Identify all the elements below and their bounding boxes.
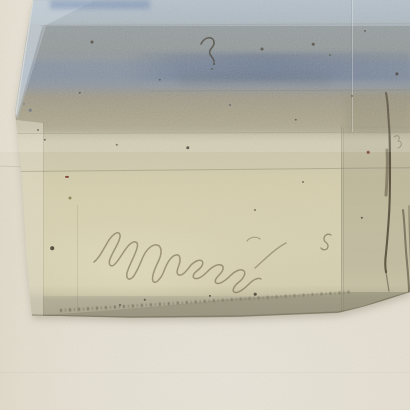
paint-speck: [23, 103, 25, 105]
paint-speck: [367, 151, 370, 154]
paint-speck: [69, 197, 72, 200]
paint-speck: [119, 304, 121, 306]
paint-speck: [116, 144, 118, 146]
paint-specks: [0, 0, 410, 410]
paint-speck: [29, 109, 32, 112]
paint-speck: [91, 41, 94, 44]
paint-speck: [159, 79, 161, 81]
paint-speck: [329, 54, 331, 56]
paint-speck: [351, 95, 353, 97]
paint-speck: [312, 43, 315, 46]
paint-speck: [395, 72, 398, 75]
paint-speck: [44, 139, 46, 141]
paint-speck: [254, 209, 256, 211]
paint-speck: [186, 146, 189, 149]
sheet-surface: [0, 0, 410, 410]
paint-speck: [261, 48, 264, 51]
paint-speck: [361, 217, 363, 219]
paint-speck: [144, 299, 146, 301]
paint-speck: [295, 119, 297, 121]
paint-speck: [209, 295, 211, 297]
paint-speck: [37, 129, 39, 131]
paint-speck: [65, 176, 69, 178]
paint-speck: [254, 293, 257, 296]
paint-speck: [50, 246, 54, 250]
paint-speck: [364, 30, 366, 32]
artwork-sheet: [0, 0, 410, 410]
paint-speck: [302, 181, 304, 183]
artwork-photo: [0, 0, 410, 410]
paint-speck: [229, 104, 231, 106]
paint-speck: [79, 92, 81, 94]
